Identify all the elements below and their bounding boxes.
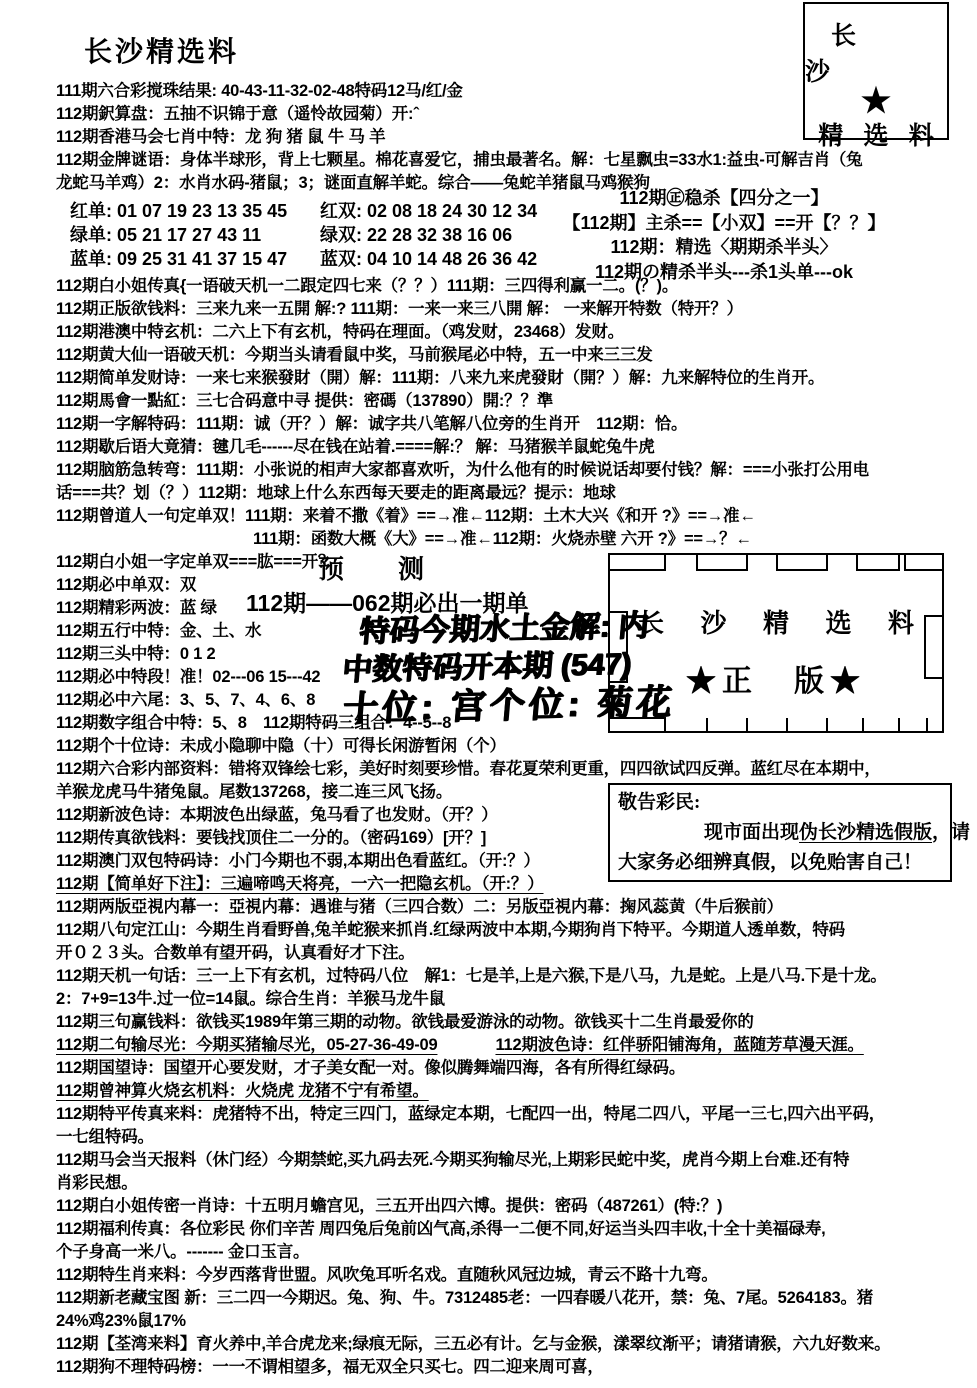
border-ornament <box>904 553 944 571</box>
handwritten-note: 特码今期水土金解: 内 中数特码开本期 (547) 十位: 宫个位: 菊花 <box>337 606 683 729</box>
handwritten-line: 十位: 宫个位: 菊花 <box>341 682 677 729</box>
text-line: 112期白小姐传密一肖诗：十五明月蟾宫见，三五开出四六博。提供：密码（48726… <box>56 1195 973 1218</box>
text-line: 112期正版欲钱料：三来九来一五開 解:? 111期：一来一来三八開 解： 一来… <box>56 298 973 321</box>
text-line: 112期马会当天报料（休门经）今期禁蛇,买九码去死.今期买狗输尽光,上期彩民蛇中… <box>56 1149 973 1172</box>
notice-heading: 敬告彩民: <box>618 788 942 818</box>
notice-line: 现市面出现伪长沙精选假版，请 <box>618 818 942 848</box>
border-tick <box>786 718 788 731</box>
text-line: 112期个十位诗：未成小隐聊中隐（十）可得长闲游暂闲（个） <box>56 735 973 758</box>
text-line: 112期福利传真：各位彩民 你们辛苦 周四兔后兔前凶气高,杀得一二便不同,好运当… <box>56 1218 973 1241</box>
border-tick <box>926 718 928 731</box>
color-row: 红单: 01 07 19 23 13 35 45 红双: 02 08 18 24… <box>70 199 973 223</box>
singles-cell: 蓝单: 09 25 31 41 37 15 47 <box>70 247 320 271</box>
text-line: 112期黄大仙一语破天机：今期当头请看鼠中奖，马前猴尾必中特，五一中来三三发 <box>56 344 973 367</box>
text-line: 112期曾道人一句定单双！111期：来着不撒《着》==→准←112期：土木大兴《… <box>56 505 973 528</box>
text-line: 112期特平传真来料：虎猪特不出，特定三四门，蓝绿定本期，七配四一出，特尾二四八… <box>56 1103 973 1126</box>
text-line: 112期金牌谜语：身体半球形，背上七颗星。棉花喜爱它，捕虫最著名。解：七星飘虫=… <box>56 149 973 172</box>
border-tick <box>862 718 864 731</box>
tips-section-3: 112期两版亞視内幕一：亞視内幕：遇谁与猪（三四合数）二：另版亞視内幕：掬风蕊黄… <box>56 896 973 1034</box>
doubles-cell: 蓝双: 04 10 14 48 26 36 42 <box>320 247 537 271</box>
text-line: 112期新老藏宝图 新：三二四一今期迟。兔、狗、牛。7312485老：一四春暖八… <box>56 1287 973 1310</box>
border-tick <box>706 718 708 731</box>
notice-box: 敬告彩民: 现市面出现伪长沙精选假版，请 大家务必细辨真假，以免贻害自己！ <box>608 783 952 882</box>
text-line: 112期八句定江山：今期生肖看野兽,兔羊蛇猴来抓肖.红绿两波中本期,今期狗肖下特… <box>56 919 973 942</box>
doubles-cell: 红双: 02 08 18 24 30 12 34 <box>320 199 537 223</box>
text-line: 肖彩民想。 <box>56 1172 973 1195</box>
lose-all-tip: 112期二句输尽光：今期买猪输尽光，05-27-36-49-09 <box>56 1034 437 1057</box>
double-tip-line: 112期二句输尽光：今期买猪输尽光，05-27-36-49-09 112期波色诗… <box>56 1034 973 1057</box>
lottery-tip-sheet: 长 沙 ★ 精 选 料 112期㊣稳杀【四分之一】【112期】主杀==【小双】=… <box>0 0 977 1388</box>
border-ornament <box>608 553 666 571</box>
text-line: 112期简单发财诗：一来七来猴發財（開）解：111期：八来九来虎發財（開？）解：… <box>56 367 973 390</box>
color-number-table: 红单: 01 07 19 23 13 35 45 红双: 02 08 18 24… <box>70 199 973 271</box>
text-line: 112期狗不理特码榜：一一不谓相望多，福无双全只买七。四二迎来周可喜， <box>56 1356 973 1379</box>
text-line: 112期三句赢钱料：欲钱买1989年第三期的动物。欲钱最爱游泳的动物。欲钱买十二… <box>56 1011 973 1034</box>
border-ornament <box>696 553 748 571</box>
text-line: 2：7+9=13牛.过一位=14鼠。综合生肖：羊猴马龙牛鼠 <box>56 988 973 1011</box>
text-line: 112期白小姐传真{一语破天机一二跟定四七来（？？）111期：三四得利赢一二。(… <box>56 275 973 298</box>
text-line: 112期港澳中特玄机：二六上下有玄机，特码在理面。（鸡发财，23468）发财。 <box>56 321 973 344</box>
text-line: 112期歇后语大竟猜：毽几毛------尽在钱在站着.====解:？ 解：马猪猴… <box>56 436 973 459</box>
text-line: 个子身高一米八。------- 金口玉言。 <box>56 1241 973 1264</box>
singles-cell: 绿单: 05 21 17 27 43 11 <box>70 223 320 247</box>
border-tick <box>746 718 748 731</box>
tips-section-5: 112期特平传真来料：虎猪特不出，特定三四门，蓝绿定本期，七配四一出，特尾二四八… <box>56 1103 973 1379</box>
handwritten-line: 特码今期水土金解: 内 <box>357 606 683 651</box>
tips-section-4: 112期国望诗：国望开心要发财，才子美女配一对。像似腾舞端四海，各有所得红绿码。 <box>56 1057 973 1080</box>
border-tick <box>826 718 828 731</box>
border-ornament <box>856 553 900 571</box>
text-line: 112期国望诗：国望开心要发财，才子美女配一对。像似腾舞端四海，各有所得红绿码。 <box>56 1057 973 1080</box>
text-line: 开０２３头。合数单有望开码，认真看好才下注。 <box>56 942 973 965</box>
doubles-cell: 绿双: 22 28 32 38 16 06 <box>320 223 512 247</box>
star-icon: ★ <box>861 88 891 116</box>
text-line: 112期馬會一點紅：三七合码意中寻 提供：密碼（137890）開:？？準 <box>56 390 973 413</box>
wave-color-poem: 112期波色诗：红伴骄阳铺海角，蓝随芳草漫天涯。 <box>495 1034 863 1057</box>
text-line: 龙蛇马羊鸡）2：水肖水码-猪鼠；3；谜面直解羊蛇。综合――兔蛇羊猪鼠马鸡猴狗 <box>56 172 973 195</box>
text-line: 24%鸡23%鼠17% <box>56 1310 973 1333</box>
border-ornament <box>924 615 944 679</box>
text-line: 话===共？划（？）112期：地球上什么东西每天要走的距离最远？提示：地球 <box>56 482 973 505</box>
text-line: 112期六合彩内部资料：错将双锋绘七彩，美好时刻要珍惜。春花夏荣利更重，四四欲试… <box>56 758 973 781</box>
text-line: 112期【荃湾来料】育火养中,羊合虎龙来;绿痕无际，三五必有计。乞与金猴，漾翠纹… <box>56 1333 973 1356</box>
text-line: 111期：函数大概《大》==→准←112期：火烧赤壁 六开 ?》==→？← <box>56 528 973 551</box>
notice-line: 大家务必细辨真假，以免贻害自己！ <box>618 848 942 878</box>
border-tick <box>898 718 900 731</box>
text-line: 112期脑筋急转弯：111期：小张说的相声大家都喜欢听，为什么他有的时候说话却要… <box>56 459 973 482</box>
text-line: 112期天机一句话：三一上下有玄机，过特码八位 解1：七是羊,上是六猴,下是八马… <box>56 965 973 988</box>
singles-cell: 红单: 01 07 19 23 13 35 45 <box>70 199 320 223</box>
text-line: 112期特生肖来料：今岁西落背世盟。风吹兔耳听名戏。直随秋风冠边城，青云不路十九… <box>56 1264 973 1287</box>
text-line: 一七组特码。 <box>56 1126 973 1149</box>
corner-brand-box: 长 沙 ★ 精 选 料 <box>803 2 949 140</box>
brand-name-top: 长 沙 <box>805 16 947 88</box>
color-row: 绿单: 05 21 17 27 43 11 绿双: 22 28 32 38 16… <box>70 223 973 247</box>
tips-section-1: 112期白小姐传真{一语破天机一二跟定四七来（？？）111期：三四得利赢一二。(… <box>56 275 973 528</box>
text-line: 112期一字解特码：111期：诚（开？）解：诚字共八笔解八位旁的生肖开 112期… <box>56 413 973 436</box>
underlined-tip-line: 112期曾神算火烧玄机料：火烧虎 龙猪不宁有希望。 <box>56 1080 973 1103</box>
fake-version-warning: 伪长沙精选假版 <box>799 822 932 843</box>
text-line: 112期两版亞視内幕一：亞視内幕：遇谁与猪（三四合数）二：另版亞視内幕：掬风蕊黄… <box>56 896 973 919</box>
brand-name-bottom: 精 选 料 <box>811 116 941 152</box>
color-row: 蓝单: 09 25 31 41 37 15 47 蓝双: 04 10 14 48… <box>70 247 973 271</box>
border-ornament <box>776 553 828 571</box>
